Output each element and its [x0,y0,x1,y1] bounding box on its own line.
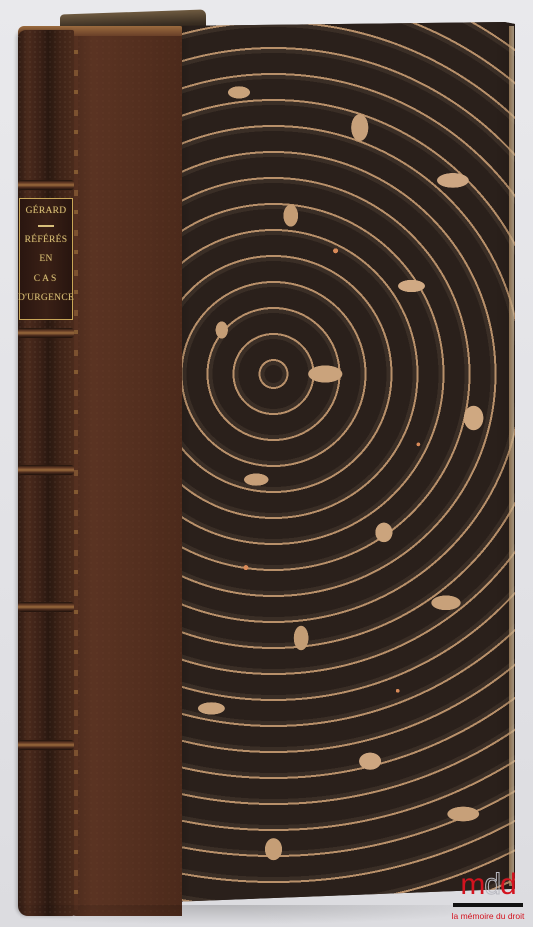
spine-raised-band [18,740,74,750]
floor-shadow [20,905,520,925]
book-photo: GÉRARD RÉFÉRÉS EN CAS D'URGENCE mdd la m… [0,0,533,927]
logo-m: m [460,868,484,901]
logo-d: d [500,868,516,901]
logo-wordmark: mdd [460,871,515,899]
spine-title-label: GÉRARD RÉFÉRÉS EN CAS D'URGENCE [19,198,73,320]
mdd-watermark-logo: mdd la mémoire du droit [449,871,527,921]
logo-tagline: la mémoire du droit [452,911,525,921]
title-line-4: D'URGENCE [18,294,74,304]
marbled-front-board [170,22,515,902]
logo-bar [453,903,523,907]
title-line-1: RÉFÉRÉS [25,236,68,246]
leather-quarter-binding [70,26,182,916]
title-line-2: EN [39,255,52,265]
spine-raised-band [18,328,74,338]
page-edge [509,26,514,886]
spine-raised-band [18,465,74,475]
author-name: GÉRARD [26,207,67,217]
spine-raised-band [18,602,74,612]
title-line-3: CAS [34,275,58,285]
logo-d-outline: d [484,868,500,901]
spine-raised-band [18,180,74,190]
gilt-rule [38,225,54,227]
